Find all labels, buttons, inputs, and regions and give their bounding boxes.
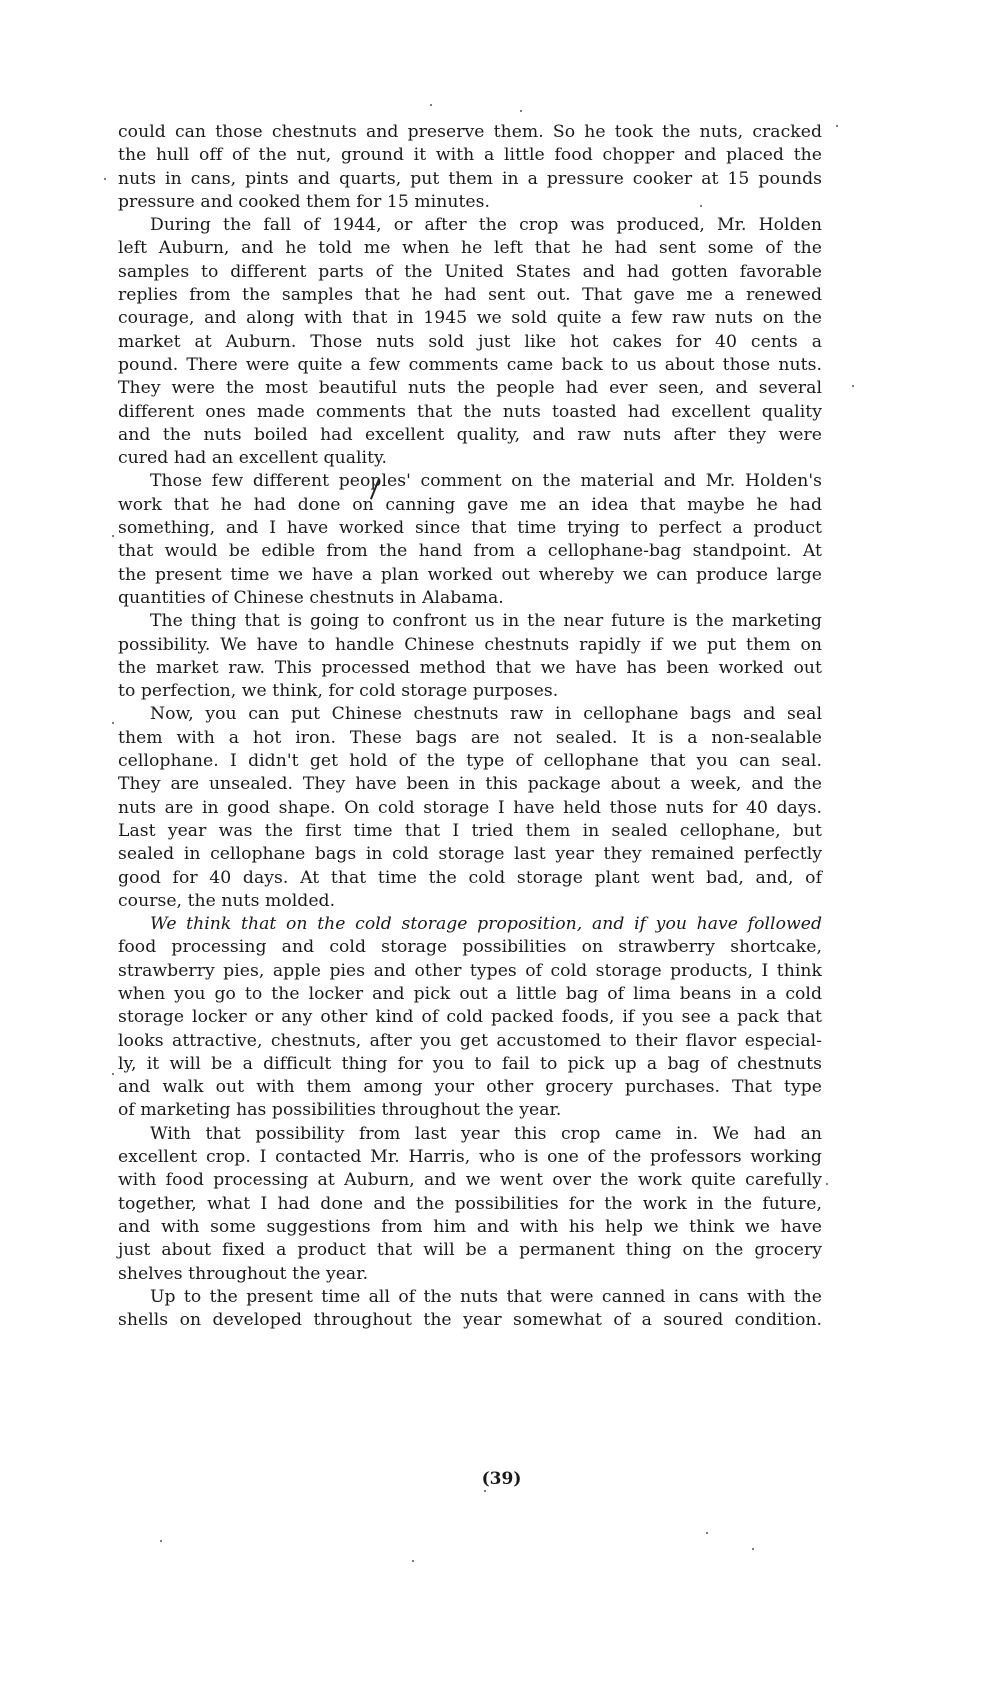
scan-speck bbox=[484, 1490, 486, 1492]
scan-speck bbox=[852, 385, 854, 387]
paragraph-2: During the fall of 1944, or after the cr… bbox=[118, 214, 822, 470]
text-line: Up to the present time all of the nuts t… bbox=[118, 1286, 822, 1309]
scan-speck bbox=[700, 205, 702, 207]
text-line: could can those chestnuts and preserve t… bbox=[118, 121, 822, 144]
paragraph-5: Now, you can put Chinese chestnuts raw i… bbox=[118, 703, 822, 913]
text-line: cured had an excellent quality. bbox=[118, 447, 822, 470]
text-line: cellophane. I didn't get hold of the typ… bbox=[118, 750, 822, 773]
text-line: With that possibility from last year thi… bbox=[118, 1123, 822, 1146]
text-line: them with a hot iron. These bags are not… bbox=[118, 727, 822, 750]
scan-speck bbox=[104, 178, 106, 180]
text-line: They were the most beautiful nuts the pe… bbox=[118, 377, 822, 400]
scan-speck bbox=[412, 1560, 414, 1562]
text-line: different ones made comments that the nu… bbox=[118, 401, 822, 424]
scan-speck bbox=[752, 1548, 754, 1550]
text-line: market at Auburn. Those nuts sold just l… bbox=[118, 331, 822, 354]
text-line: the hull off of the nut, ground it with … bbox=[118, 144, 822, 167]
text-line: just about fixed a product that will be … bbox=[118, 1239, 822, 1262]
paragraph-3: Those few different peoples' comment on … bbox=[118, 470, 822, 610]
scan-speck bbox=[826, 1183, 828, 1185]
paragraph-7: With that possibility from last year thi… bbox=[118, 1123, 822, 1286]
text-line: that would be edible from the hand from … bbox=[118, 540, 822, 563]
text-line: course, the nuts molded. bbox=[118, 890, 822, 913]
paragraph-1: could can those chestnuts and preserve t… bbox=[118, 121, 822, 214]
document-body: could can those chestnuts and preserve t… bbox=[118, 121, 822, 1332]
scan-speck bbox=[520, 110, 522, 112]
scan-speck bbox=[430, 104, 432, 106]
text-line: shells on developed throughout the year … bbox=[118, 1309, 822, 1332]
text-line: with food processing at Auburn, and we w… bbox=[118, 1169, 822, 1192]
paragraph-6: We think that on the cold storage propos… bbox=[118, 913, 822, 1123]
page-number: (39) bbox=[0, 1469, 1003, 1489]
scan-speck bbox=[836, 125, 838, 127]
text-line: pound. There were quite a few comments c… bbox=[118, 354, 822, 377]
scan-speck bbox=[160, 1540, 162, 1542]
scan-speck bbox=[112, 722, 114, 724]
text-line: quantities of Chinese chestnuts in Alaba… bbox=[118, 587, 822, 610]
text-line: the present time we have a plan worked o… bbox=[118, 564, 822, 587]
text-line: left Auburn, and he told me when he left… bbox=[118, 237, 822, 260]
text-line: replies from the samples that he had sen… bbox=[118, 284, 822, 307]
text-line: The thing that is going to confront us i… bbox=[118, 610, 822, 633]
text-line: something, and I have worked since that … bbox=[118, 517, 822, 540]
italic-text-line: We think that on the cold storage propos… bbox=[118, 913, 822, 936]
text-line: During the fall of 1944, or after the cr… bbox=[118, 214, 822, 237]
text-line: to perfection, we think, for cold storag… bbox=[118, 680, 822, 703]
scan-speck bbox=[706, 1532, 708, 1534]
text-line: shelves throughout the year. bbox=[118, 1263, 822, 1286]
scan-speck bbox=[112, 1073, 114, 1075]
text-line: when you go to the locker and pick out a… bbox=[118, 983, 822, 1006]
text-line: work that he had done on canning gave me… bbox=[118, 494, 822, 517]
text-line: strawberry pies, apple pies and other ty… bbox=[118, 960, 822, 983]
text-line: Last year was the first time that I trie… bbox=[118, 820, 822, 843]
text-line: nuts are in good shape. On cold storage … bbox=[118, 797, 822, 820]
text-line: and with some suggestions from him and w… bbox=[118, 1216, 822, 1239]
text-line: excellent crop. I contacted Mr. Harris, … bbox=[118, 1146, 822, 1169]
text-line: and the nuts boiled had excellent qualit… bbox=[118, 424, 822, 447]
text-line: of marketing has possibilities throughou… bbox=[118, 1099, 822, 1122]
text-line: courage, and along with that in 1945 we … bbox=[118, 307, 822, 330]
text-line: food processing and cold storage possibi… bbox=[118, 936, 822, 959]
text-line: storage locker or any other kind of cold… bbox=[118, 1006, 822, 1029]
text-line: They are unsealed. They have been in thi… bbox=[118, 773, 822, 796]
text-line: looks attractive, chestnuts, after you g… bbox=[118, 1030, 822, 1053]
text-line: Those few different peoples' comment on … bbox=[118, 470, 822, 493]
text-line: possibility. We have to handle Chinese c… bbox=[118, 634, 822, 657]
text-line: and walk out with them among your other … bbox=[118, 1076, 822, 1099]
text-line: ly, it will be a difficult thing for you… bbox=[118, 1053, 822, 1076]
text-line: sealed in cellophane bags in cold storag… bbox=[118, 843, 822, 866]
text-line: together, what I had done and the possib… bbox=[118, 1193, 822, 1216]
text-line: good for 40 days. At that time the cold … bbox=[118, 867, 822, 890]
text-line: pressure and cooked them for 15 minutes. bbox=[118, 191, 822, 214]
text-line: nuts in cans, pints and quarts, put them… bbox=[118, 168, 822, 191]
paragraph-4: The thing that is going to confront us i… bbox=[118, 610, 822, 703]
paragraph-8: Up to the present time all of the nuts t… bbox=[118, 1286, 822, 1333]
scan-speck bbox=[112, 535, 114, 537]
text-line: Now, you can put Chinese chestnuts raw i… bbox=[118, 703, 822, 726]
text-line: the market raw. This processed method th… bbox=[118, 657, 822, 680]
text-line: samples to different parts of the United… bbox=[118, 261, 822, 284]
